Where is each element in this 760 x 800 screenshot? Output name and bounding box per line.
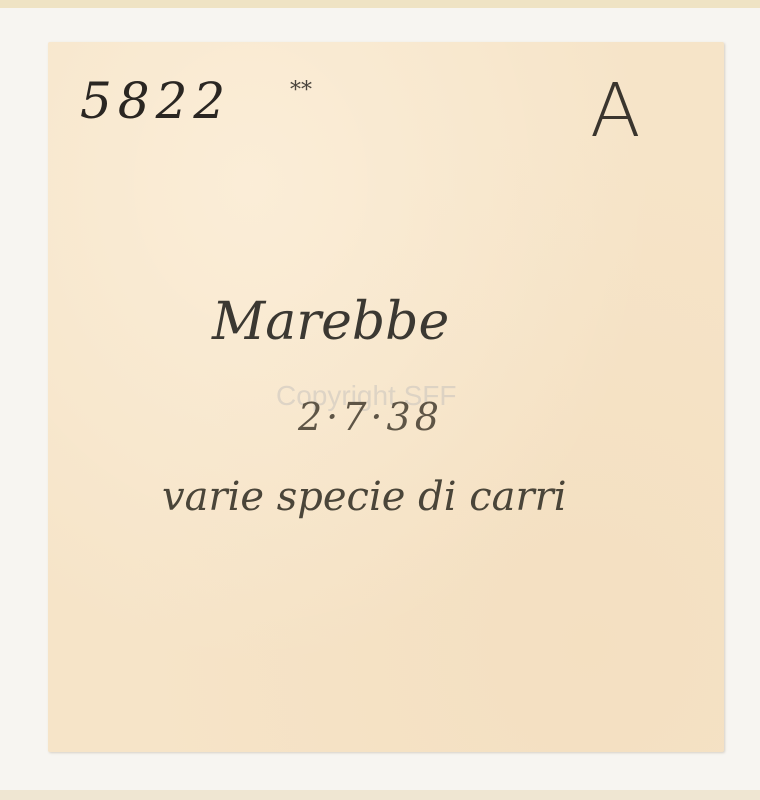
- bottom-edge-strip: [0, 790, 760, 800]
- locality-text: Marebbe: [212, 292, 449, 352]
- catalog-marks: **: [290, 78, 312, 103]
- collection-date: 2·7·38: [298, 395, 443, 439]
- description-text: varie specie di carri: [162, 474, 567, 520]
- top-edge-strip: [0, 0, 760, 8]
- catalog-number: 5822: [80, 72, 231, 130]
- grade-letter: A: [590, 68, 641, 154]
